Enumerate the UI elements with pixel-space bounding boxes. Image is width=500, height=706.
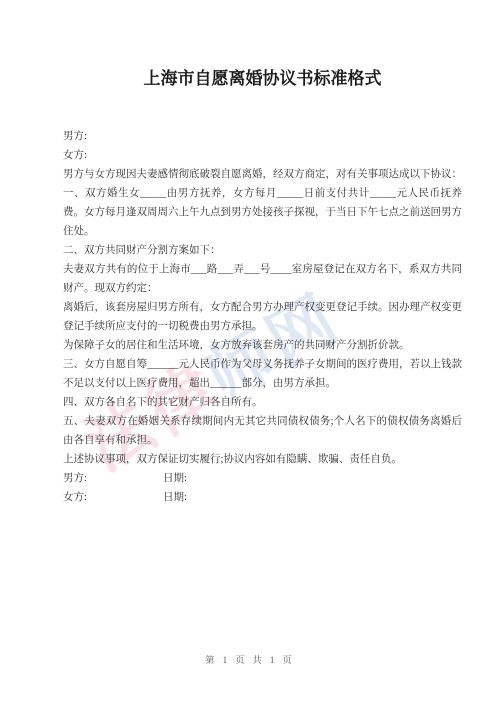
paragraph-3: 夫妻双方共有的位于上海市___路___弄___号____室房屋登记在双方名下，系… [63, 260, 462, 298]
intro-paragraph: 男方与女方现因夫妻感情彻底破裂自愿离婚，经双方商定，对有关事项达成以下协议： [63, 165, 462, 184]
document-page: 法律师网 上海市自愿离婚协议书标准格式 男方: 女方: 男方与女方现因夫妻感情彻… [0, 0, 500, 706]
party-female-line: 女方: [63, 146, 462, 165]
paragraph-5: 为保障子女的居住和生活环境，女方放弃该套房产的共同财产分割折价款。 [63, 336, 462, 355]
paragraph-4: 离婚后，该套房屋归男方所有，女方配合男方办理产权变更登记手续。因办理产权变更登记… [63, 298, 462, 336]
paragraph-6: 三、女方自愿自筹______元人民币作为父母义务抚养子女期间的医疗费用，若以上钱… [63, 355, 462, 393]
document-body: 男方: 女方: 男方与女方现因夫妻感情彻底破裂自愿离婚，经双方商定，对有关事项达… [63, 127, 462, 507]
party-male-line: 男方: [63, 127, 462, 146]
document-title: 上海市自愿离婚协议书标准格式 [63, 64, 462, 89]
signature-female-date-label: 日期: [163, 488, 187, 507]
signature-row-male: 男方: 日期: [63, 469, 462, 488]
paragraph-9: 上述协议事项，双方保证切实履行;协议内容如有隐瞒、欺骗、责任自负。 [63, 450, 462, 469]
page-number-footer: 第 1 页 共 1 页 [0, 653, 500, 666]
signature-female-label: 女方: [63, 488, 163, 507]
paragraph-2: 二、双方共同财产分割方案如下： [63, 241, 462, 260]
signature-male-label: 男方: [63, 469, 163, 488]
paragraph-1: 一、双方婚生女_____由男方抚养，女方每月_____日前支付共计_____元人… [63, 184, 462, 241]
signature-male-date-label: 日期: [163, 469, 187, 488]
document-content: 上海市自愿离婚协议书标准格式 男方: 女方: 男方与女方现因夫妻感情彻底破裂自愿… [63, 0, 462, 507]
paragraph-7: 四、双方各自名下的其它财产归各自所有。 [63, 393, 462, 412]
paragraph-8: 五、夫妻双方在婚姻关系存续期间内无其它共同债权债务;个人名下的债权债务离婚后由各… [63, 412, 462, 450]
signature-row-female: 女方: 日期: [63, 488, 462, 507]
